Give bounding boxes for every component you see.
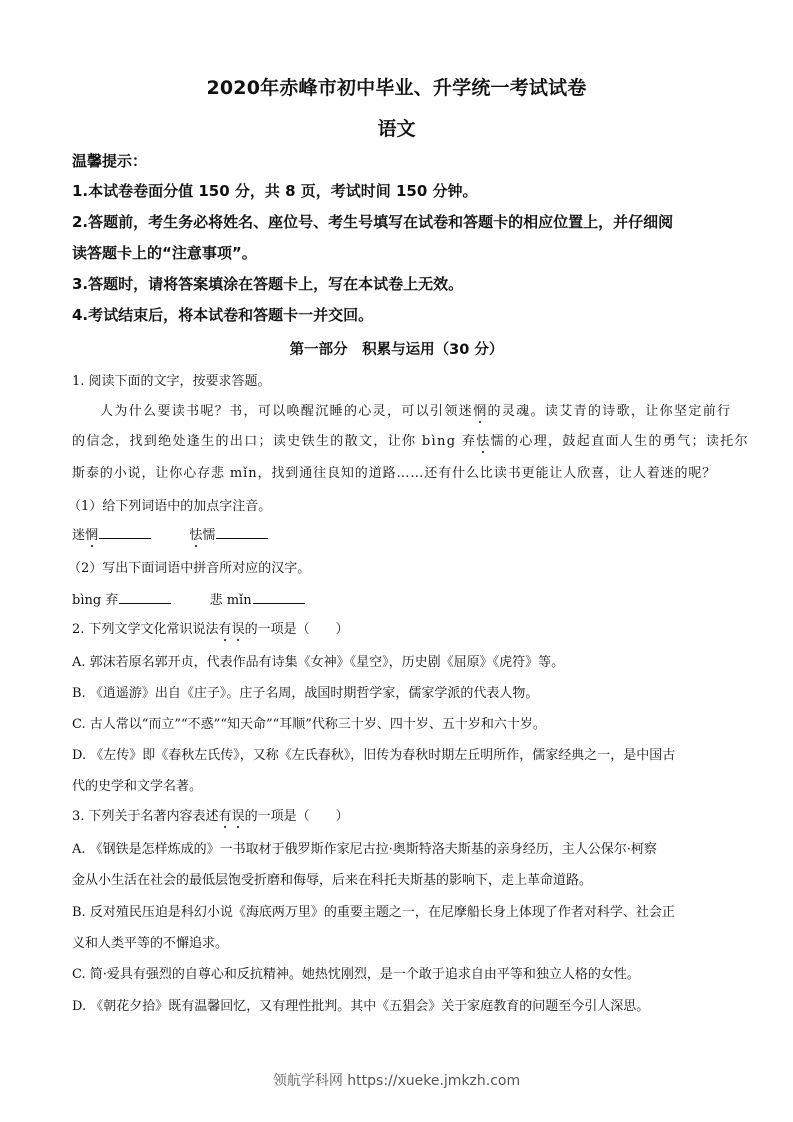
tip-item-3: 3.答题时，请将答案填涂在答题卡上，写在本试卷上无效。 (72, 273, 463, 294)
q1-sub1-answers: 迷惘 怯懦 (72, 524, 268, 543)
section-heading: 第一部分 积累与运用（30 分） (0, 338, 793, 359)
q1-passage-line-3: 斯泰的小说，让你心存悲 mǐn，找到通往良知的道路……还有什么比读书更能让人欣喜… (72, 462, 716, 481)
q3-option-b-cont: 义和人类平等的不懈追求。 (72, 932, 228, 951)
passage-text: 懦的心理，鼓起直面人生的勇气；读托尔 (491, 434, 749, 449)
dotted-char: 有 (219, 805, 232, 824)
answer-blank[interactable] (119, 591, 171, 604)
exam-page: 2020年赤峰市初中毕业、升学统一考试试卷 语文 温馨提示： 1.本试卷卷面分值… (0, 0, 793, 1122)
passage-text: 的信念，找到绝处逢生的出口；读史铁生的散文，让你 bìng 弃 (72, 434, 476, 449)
answer-blank[interactable] (99, 526, 151, 539)
tip-item-2-cont: 读答题卡上的“注意事项”。 (72, 242, 257, 263)
answer-blank[interactable] (253, 591, 305, 604)
dotted-char: 误 (232, 618, 245, 637)
dotted-char: 有 (219, 618, 232, 637)
tip-item-1: 1.本试卷卷面分值 150 分，共 8 页，考试时间 150 分钟。 (72, 180, 478, 201)
q3-option-d: D. 《朝花夕拾》既有温馨回忆，又有理性批判。其中《五猖会》关于家庭教育的问题至… (72, 995, 649, 1014)
q1-passage-line-2: 的信念，找到绝处逢生的出口；读史铁生的散文，让你 bìng 弃怯懦的心理，鼓起直… (72, 430, 749, 449)
word-text: 懦 (202, 528, 215, 543)
q1-sub1-prompt: （1）给下列词语中的加点字注音。 (68, 495, 271, 514)
passage-text: 的灵魂。读艾青的诗歌，让你坚定前行 (487, 404, 731, 419)
answer-blank[interactable] (216, 526, 268, 539)
exam-subject: 语文 (0, 114, 793, 141)
word-text: 迷 (72, 528, 85, 543)
tips-heading: 温馨提示： (72, 150, 147, 171)
passage-text: 人为什么要读书呢？书，可以唤醒沉睡的心灵，可以引领迷 (100, 404, 473, 419)
dotted-char: 惘 (473, 400, 487, 419)
q2-option-d: D. 《左传》即《春秋左氏传》，又称《左氏春秋》，旧传为春秋时期左丘明所作，儒家… (72, 744, 675, 763)
dotted-char: 怯 (476, 430, 490, 449)
dotted-char: 误 (232, 805, 245, 824)
q3-option-a: A. 《钢铁是怎样炼成的》一书取材于俄罗斯作家尼古拉·奥斯特洛夫斯基的亲身经历，… (72, 838, 657, 857)
q1-sub2-prompt: （2）写出下面词语中拼音所对应的汉字。 (68, 557, 310, 576)
word-text: 悲 mǐn (210, 593, 252, 608)
q3-option-a-cont: 金从小生活在社会的最低层饱受折磨和侮辱，后来在科托夫斯基的影响下，走上革命道路。 (72, 869, 592, 888)
word-text: bìng 弃 (72, 593, 118, 608)
q2-stem: 2. 下列文学文化常识说法有误的一项是（ ） (72, 618, 349, 637)
q3-option-c: C. 简·爱具有强烈的自尊心和反抗精神。她热忱刚烈，是一个敢于追求自由平等和独立… (72, 963, 640, 982)
exam-title: 2020年赤峰市初中毕业、升学统一考试试卷 (0, 73, 793, 100)
q1-passage-line-1: 人为什么要读书呢？书，可以唤醒沉睡的心灵，可以引领迷惘的灵魂。读艾青的诗歌，让你… (100, 400, 731, 419)
q2-option-d-cont: 代的史学和文学名著。 (72, 775, 202, 794)
q2-option-c: C. 古人常以“而立”“不惑”“知天命”“耳顺”代称三十岁、四十岁、五十岁和六十… (72, 713, 546, 732)
q2-option-b: B. 《逍遥游》出自《庄子》。庄子名周，战国时期哲学家，儒家学派的代表人物。 (72, 682, 538, 701)
stem-text: 3. 下列关于名著内容表述 (72, 809, 219, 824)
dotted-char: 惘 (85, 524, 98, 543)
tip-item-4: 4.考试结束后，将本试卷和答题卡一并交回。 (72, 304, 373, 325)
stem-text: 的一项是（ ） (245, 809, 349, 824)
q3-option-b: B. 反对殖民压迫是科幻小说《海底两万里》的重要主题之一，在尼摩船长身上体现了作… (72, 901, 675, 920)
stem-text: 2. 下列文学文化常识说法 (72, 622, 219, 637)
tip-item-2: 2.答题前，考生务必将姓名、座位号、考生号填写在试卷和答题卡的相应位置上，并仔细… (72, 211, 673, 232)
q2-option-a: A. 郭沫若原名郭开贞，代表作品有诗集《女神》《星空》，历史剧《屈原》《虎符》等… (72, 651, 564, 670)
q1-stem: 1. 阅读下面的文字，按要求答题。 (72, 370, 271, 389)
q3-stem: 3. 下列关于名著内容表述有误的一项是（ ） (72, 805, 349, 824)
dotted-char: 怯 (189, 524, 202, 543)
footer-watermark: 领航学科网 https://xueke.jmkzh.com (0, 1070, 793, 1090)
stem-text: 的一项是（ ） (245, 622, 349, 637)
q1-sub2-answers: bìng 弃 悲 mǐn (72, 589, 305, 608)
